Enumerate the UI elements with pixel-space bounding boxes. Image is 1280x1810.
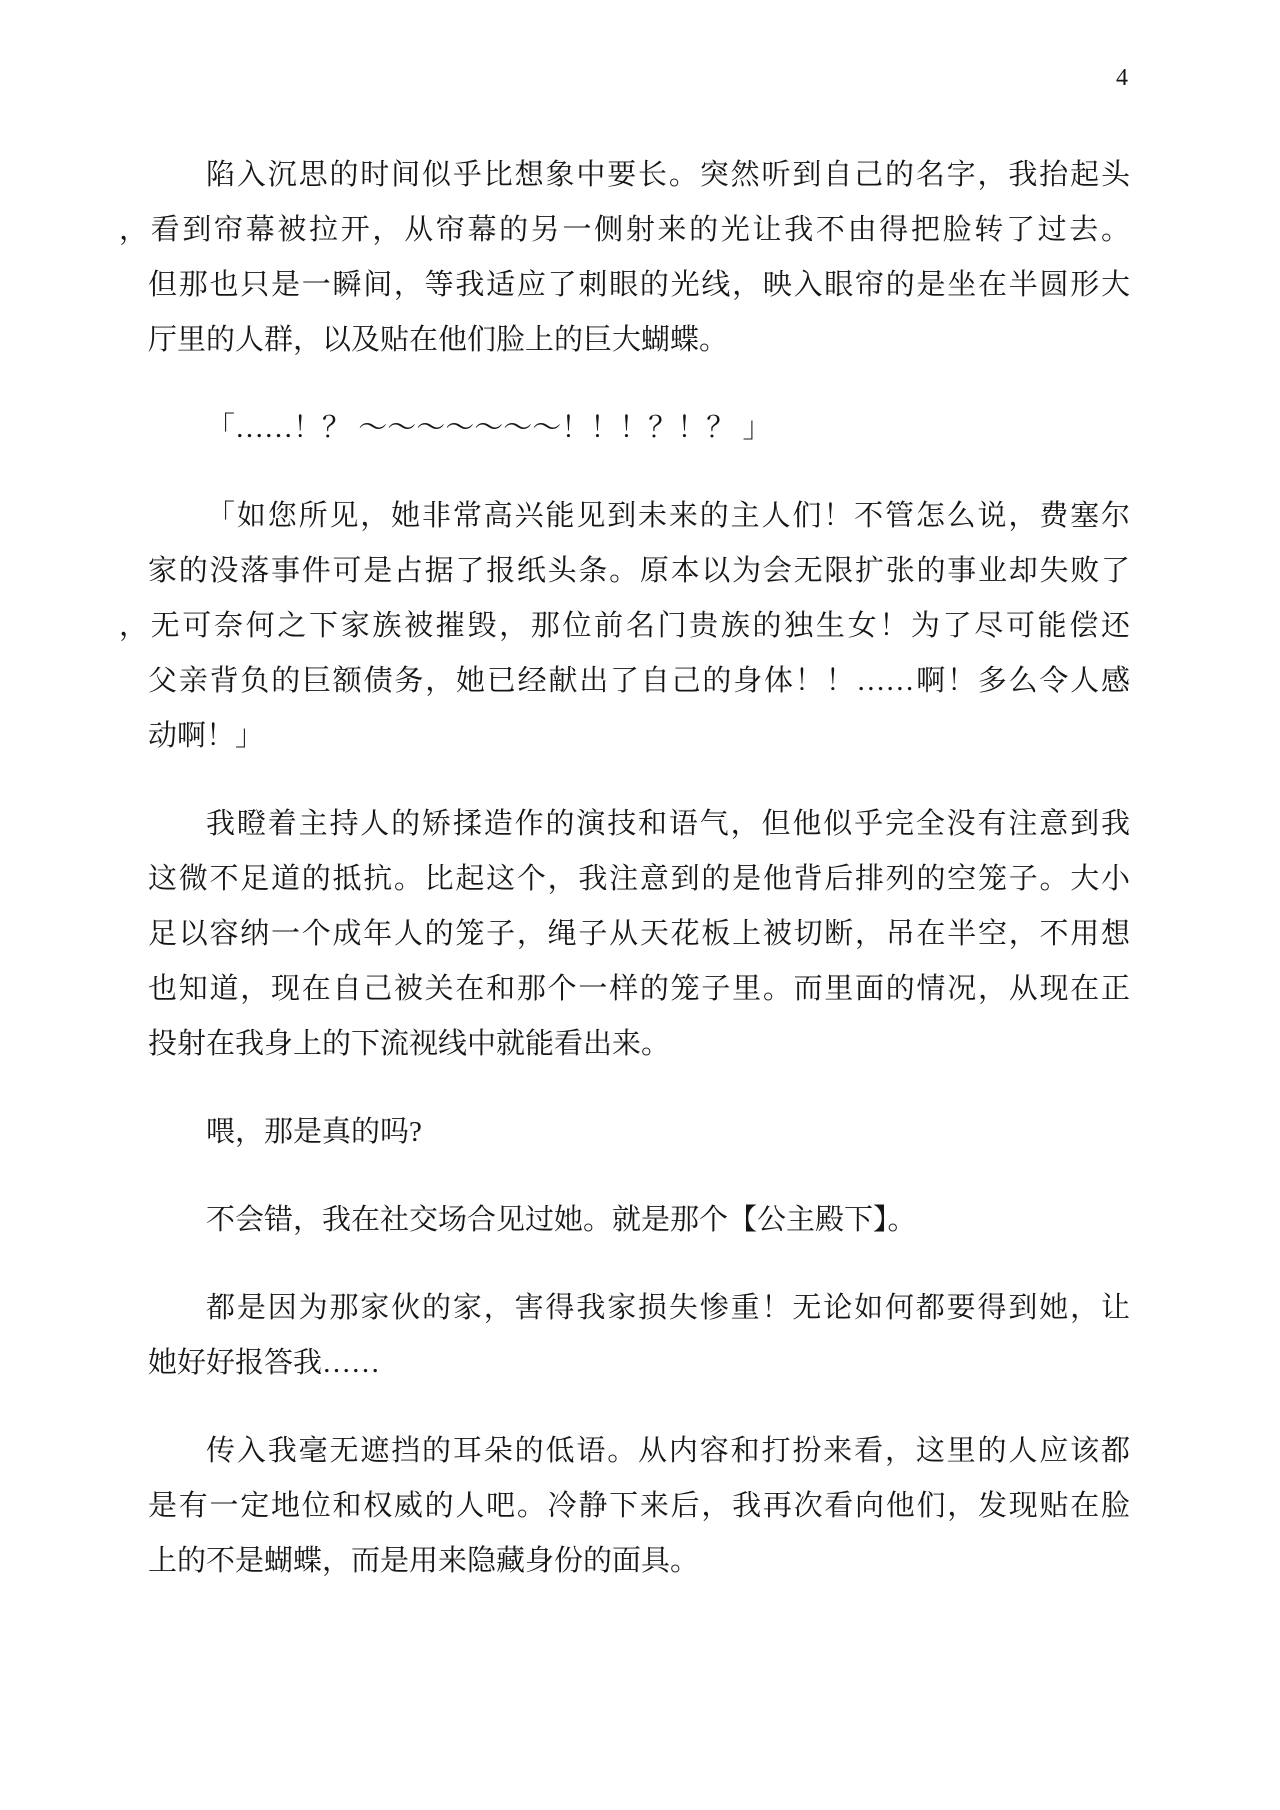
text-line: 「……！？ ～～～～～～～！！！？！？ 」 <box>148 401 1130 456</box>
text-line: ，无可奈何之下家族被摧毁，那位前名门贵族的独生女！为了尽可能偿还 <box>148 599 1130 654</box>
text-line: 这微不足道的抵抗。比起这个，我注意到的是他背后排列的空笼子。大小 <box>148 852 1130 907</box>
text-line: 上的不是蝴蝶，而是用来隐藏身份的面具。 <box>148 1534 1130 1589</box>
text-line: 「如您所见，她非常高兴能见到未来的主人们！不管怎么说，费塞尔 <box>148 489 1130 544</box>
paragraph-6: 不会错，我在社交场合见过她。就是那个【公主殿下】。 <box>148 1193 1130 1248</box>
text-line: 她好好报答我…… <box>148 1336 1130 1391</box>
text-line: 陷入沉思的时间似乎比想象中要长。突然听到自己的名字，我抬起头 <box>148 148 1130 203</box>
text-line: 也知道，现在自己被关在和那个一样的笼子里。而里面的情况，从现在正 <box>148 962 1130 1017</box>
text-line: 都是因为那家伙的家，害得我家损失惨重！无论如何都要得到她，让 <box>148 1281 1130 1336</box>
text-line: 动啊！」 <box>148 709 1130 764</box>
text-line: 投射在我身上的下流视线中就能看出来。 <box>148 1017 1130 1072</box>
paragraph-3: 「如您所见，她非常高兴能见到未来的主人们！不管怎么说，费塞尔 家的没落事件可是占… <box>148 489 1130 764</box>
text-line: 不会错，我在社交场合见过她。就是那个【公主殿下】。 <box>148 1193 1130 1248</box>
text-line: 家的没落事件可是占据了报纸头条。原本以为会无限扩张的事业却失败了 <box>148 544 1130 599</box>
text-line: 是有一定地位和权威的人吧。冷静下来后，我再次看向他们，发现贴在脸 <box>148 1479 1130 1534</box>
text-line: 父亲背负的巨额债务，她已经献出了自己的身体！！……啊！多么令人感 <box>148 654 1130 709</box>
text-line: 我瞪着主持人的矫揉造作的演技和语气，但他似乎完全没有注意到我 <box>148 797 1130 852</box>
text-line: 传入我毫无遮挡的耳朵的低语。从内容和打扮来看，这里的人应该都 <box>148 1424 1130 1479</box>
text-line: 足以容纳一个成年人的笼子，绳子从天花板上被切断，吊在半空，不用想 <box>148 907 1130 962</box>
paragraph-7: 都是因为那家伙的家，害得我家损失惨重！无论如何都要得到她，让 她好好报答我…… <box>148 1281 1130 1391</box>
page-number: 4 <box>1116 64 1128 92</box>
text-line: ，看到帘幕被拉开，从帘幕的另一侧射来的光让我不由得把脸转了过去。 <box>148 203 1130 258</box>
paragraph-2: 「……！？ ～～～～～～～！！！？！？ 」 <box>148 401 1130 456</box>
paragraph-5: 喂，那是真的吗? <box>148 1105 1130 1160</box>
text-line: 但那也只是一瞬间，等我适应了刺眼的光线，映入眼帘的是坐在半圆形大 <box>148 258 1130 313</box>
book-page: { "page_number": "4", "content": { "para… <box>0 0 1280 1810</box>
paragraph-8: 传入我毫无遮挡的耳朵的低语。从内容和打扮来看，这里的人应该都 是有一定地位和权威… <box>148 1424 1130 1589</box>
paragraph-4: 我瞪着主持人的矫揉造作的演技和语气，但他似乎完全没有注意到我 这微不足道的抵抗。… <box>148 797 1130 1072</box>
text-line: 厅里的人群，以及贴在他们脸上的巨大蝴蝶。 <box>148 313 1130 368</box>
text-line: 喂，那是真的吗? <box>148 1105 1130 1160</box>
paragraph-1: 陷入沉思的时间似乎比想象中要长。突然听到自己的名字，我抬起头 ，看到帘幕被拉开，… <box>148 148 1130 368</box>
body-text: 陷入沉思的时间似乎比想象中要长。突然听到自己的名字，我抬起头 ，看到帘幕被拉开，… <box>148 148 1130 1622</box>
